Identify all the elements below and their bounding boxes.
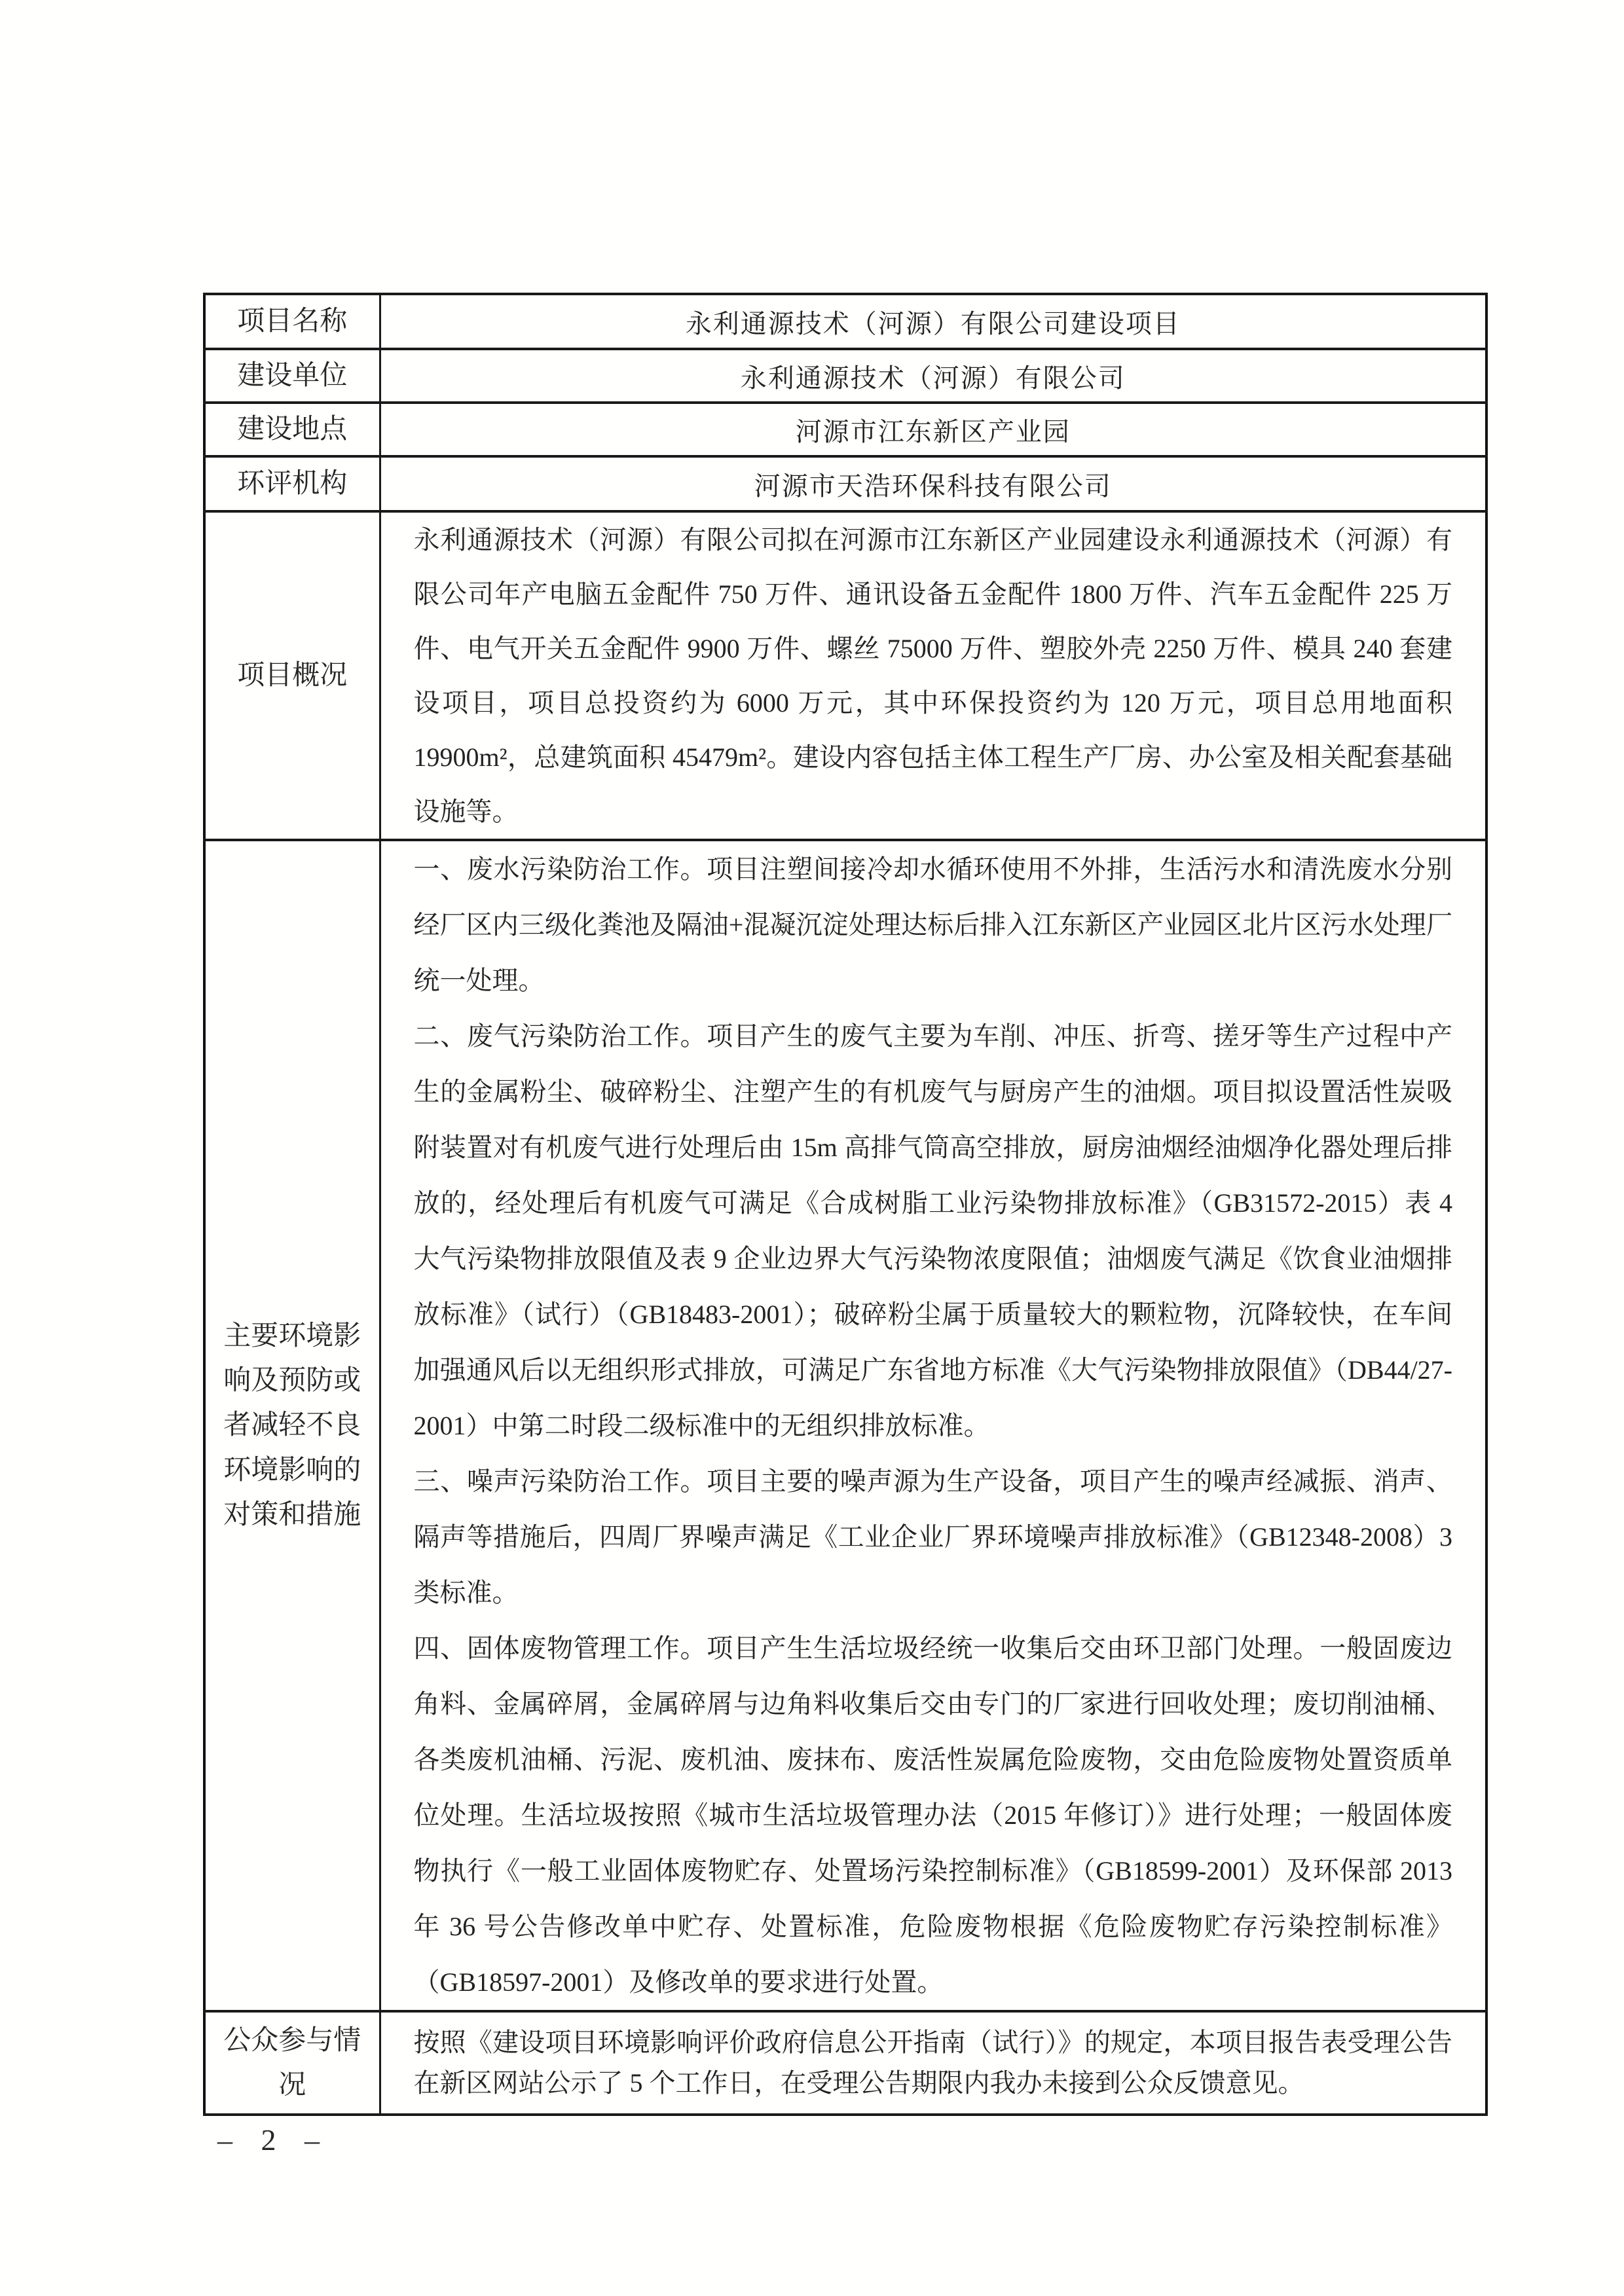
paragraph-solid-waste: 四、固体废物管理工作。项目产生生活垃圾经统一收集后交由环卫部门处理。一般固废边角… xyxy=(414,1620,1453,2010)
row-value: 永利通源技术（河源）有限公司 xyxy=(380,349,1486,403)
row-label: 建设单位 xyxy=(204,349,380,403)
paragraph: 永利通源技术（河源）有限公司拟在河源市江东新区产业园建设永利通源技术（河源）有限… xyxy=(414,513,1453,839)
table-row-construction-unit: 建设单位 永利通源技术（河源）有限公司 xyxy=(204,349,1486,403)
row-value: 河源市天浩环保科技有限公司 xyxy=(380,456,1486,511)
table-row-environmental-measures: 主要环境影响及预防或者减轻不良环境影响的对策和措施 一、废水污染防治工作。项目注… xyxy=(204,840,1486,2011)
table-row-construction-site: 建设地点 河源市江东新区产业园 xyxy=(204,403,1486,456)
row-value: 一、废水污染防治工作。项目注塑间接冷却水循环使用不外排，生活污水和清洗废水分别经… xyxy=(380,840,1486,2011)
row-label: 主要环境影响及预防或者减轻不良环境影响的对策和措施 xyxy=(204,840,380,2011)
table-row-eia-agency: 环评机构 河源市天浩环保科技有限公司 xyxy=(204,456,1486,511)
paragraph-waste-gas: 二、废气污染防治工作。项目产生的废气主要为车削、冲压、折弯、搓牙等生产过程中产生… xyxy=(414,1008,1453,1453)
row-label: 项目概况 xyxy=(204,511,380,840)
eia-approval-table: 项目名称 永利通源技术（河源）有限公司建设项目 建设单位 永利通源技术（河源）有… xyxy=(203,293,1488,2116)
paragraph-noise: 三、噪声污染防治工作。项目主要的噪声源为生产设备，项目产生的噪声经减振、消声、隔… xyxy=(414,1453,1453,1620)
table-row-project-overview: 项目概况 永利通源技术（河源）有限公司拟在河源市江东新区产业园建设永利通源技术（… xyxy=(204,511,1486,840)
page-number: – 2 – xyxy=(217,2123,330,2157)
row-label: 公众参与情况 xyxy=(204,2011,380,2115)
row-label: 建设地点 xyxy=(204,403,380,456)
row-value: 按照《建设项目环境影响评价政府信息公开指南（试行）》的规定，本项目报告表受理公告… xyxy=(380,2011,1486,2115)
document-page: 项目名称 永利通源技术（河源）有限公司建设项目 建设单位 永利通源技术（河源）有… xyxy=(0,0,1624,2296)
row-label: 环评机构 xyxy=(204,456,380,511)
table-row-project-name: 项目名称 永利通源技术（河源）有限公司建设项目 xyxy=(204,294,1486,349)
row-label: 项目名称 xyxy=(204,294,380,349)
row-value: 河源市江东新区产业园 xyxy=(380,403,1486,456)
row-value: 永利通源技术（河源）有限公司建设项目 xyxy=(380,294,1486,349)
row-value: 永利通源技术（河源）有限公司拟在河源市江东新区产业园建设永利通源技术（河源）有限… xyxy=(380,511,1486,840)
table-row-public-participation: 公众参与情况 按照《建设项目环境影响评价政府信息公开指南（试行）》的规定，本项目… xyxy=(204,2011,1486,2115)
paragraph: 按照《建设项目环境影响评价政府信息公开指南（试行）》的规定，本项目报告表受理公告… xyxy=(414,2022,1453,2104)
paragraph-wastewater: 一、废水污染防治工作。项目注塑间接冷却水循环使用不外排，生活污水和清洗废水分别经… xyxy=(414,841,1453,1008)
